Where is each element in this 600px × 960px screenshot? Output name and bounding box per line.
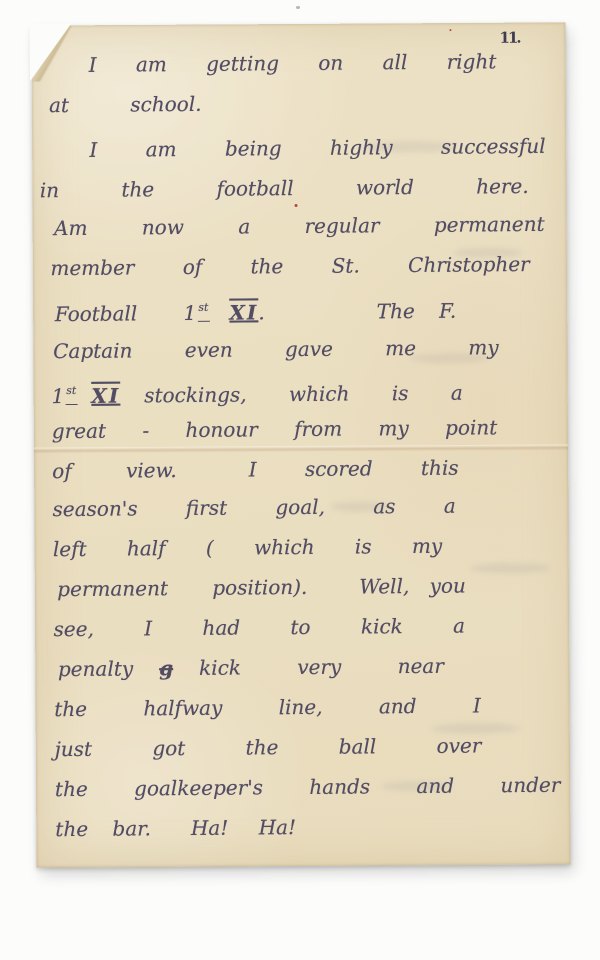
handwriting-line: penaltygkick very near bbox=[58, 653, 444, 682]
roman-numeral-xi: XI bbox=[91, 384, 120, 408]
handwriting-line: permanent position).Well, you bbox=[57, 573, 466, 603]
text-segment: of view. bbox=[52, 458, 177, 483]
handwriting-line: the bar.Ha! Ha! bbox=[55, 814, 296, 842]
handwriting-line: Am now a regular permanent bbox=[54, 211, 545, 241]
text-segment: The F. bbox=[377, 299, 457, 324]
text-segment: Am now a regular permanent bbox=[54, 212, 545, 240]
handwriting-line: in the football world here. bbox=[40, 173, 529, 203]
text-segment: member of the St. Christopher bbox=[50, 252, 529, 280]
handwritten-text: I am getting on all right at school. I a… bbox=[30, 22, 571, 869]
text-segment: just got the ball over bbox=[55, 733, 482, 761]
text-segment: penalty bbox=[58, 656, 133, 681]
text-segment: kick very near bbox=[199, 654, 444, 680]
roman-numeral-xi: XI bbox=[229, 300, 258, 324]
ordinal-suffix: st bbox=[197, 295, 209, 322]
text-segment: Well, you bbox=[359, 574, 466, 599]
handwriting-line: season's first goal, as a bbox=[52, 493, 455, 523]
dust-speck bbox=[296, 6, 300, 9]
handwriting-line: member of the St. Christopher bbox=[50, 251, 529, 281]
text-segment: Football 1 bbox=[55, 301, 197, 326]
text-segment: left half ( which is my bbox=[53, 534, 442, 561]
text-segment: I scored this bbox=[249, 456, 459, 482]
text-segment: I am being highly successful bbox=[89, 134, 545, 162]
handwriting-line: I am getting on all right bbox=[89, 48, 497, 78]
text-segment: the goalkeeper's hands and under bbox=[55, 773, 561, 801]
handwriting-line: I am being highly successful bbox=[89, 133, 545, 163]
letter-page: 11. I am getting on all right at school.… bbox=[31, 22, 570, 867]
text-segment: stockings, which is a bbox=[144, 381, 463, 408]
text-segment: Ha! Ha! bbox=[191, 815, 296, 840]
handwriting-line: of view.I scored this bbox=[52, 455, 459, 485]
handwriting-line: at school. bbox=[49, 91, 202, 118]
scanned-letter-photo: 11. I am getting on all right at school.… bbox=[0, 0, 600, 960]
text-segment: the bar. bbox=[55, 816, 151, 841]
text-segment: I am getting on all right bbox=[89, 49, 497, 77]
text-segment: 1 bbox=[51, 384, 64, 408]
text-segment: the halfway line, and I bbox=[54, 693, 481, 721]
ordinal-suffix: st bbox=[65, 378, 77, 405]
text-segment: see, I had to kick a bbox=[53, 614, 465, 642]
handwriting-line: great - honour from my point bbox=[52, 414, 498, 444]
handwriting-line: 1stXIstockings, which is a bbox=[51, 375, 462, 410]
text-segment: great - honour from my point bbox=[52, 415, 498, 443]
handwriting-line: Football 1stXI.The F. bbox=[55, 293, 457, 328]
text-segment: Captain even gave me my bbox=[53, 335, 499, 363]
text-segment: in the football world here. bbox=[40, 174, 529, 202]
handwriting-line: just got the ball over bbox=[55, 732, 482, 762]
handwriting-line: the goalkeeper's hands and under bbox=[55, 772, 561, 802]
handwriting-line: Captain even gave me my bbox=[53, 334, 499, 364]
text-segment: at school. bbox=[49, 92, 202, 117]
text-segment: season's first goal, as a bbox=[52, 494, 455, 522]
crossed-out-letter: g bbox=[159, 656, 173, 680]
text-segment: permanent position). bbox=[57, 575, 307, 601]
handwriting-line: left half ( which is my bbox=[53, 533, 442, 562]
handwriting-line: see, I had to kick a bbox=[53, 613, 465, 643]
text-segment: . bbox=[258, 300, 265, 324]
handwriting-line: the halfway line, and I bbox=[54, 692, 481, 722]
